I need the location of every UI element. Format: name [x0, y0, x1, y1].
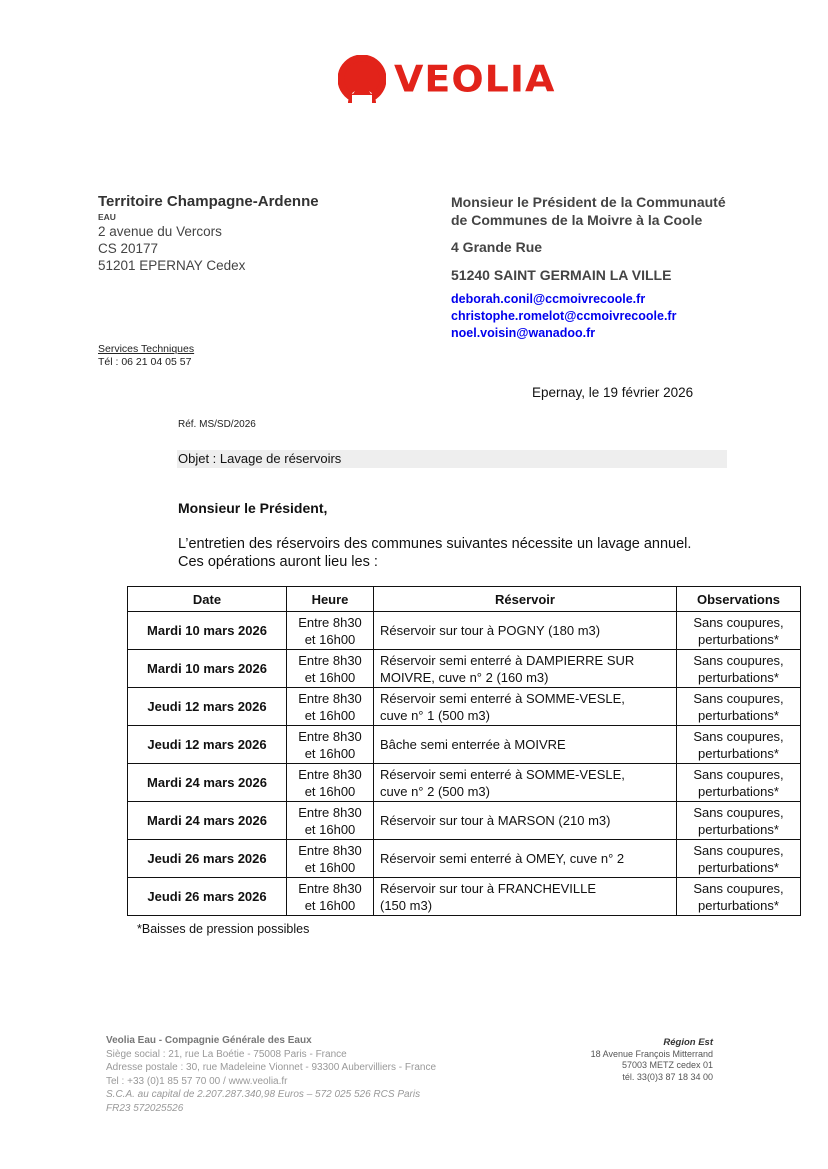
cell-observations: Sans coupures,perturbations* [677, 878, 801, 916]
table-row: Mardi 10 mars 2026Entre 8h30et 16h00Rése… [128, 612, 801, 650]
cell-date-line: Mardi 10 mars 2026 [134, 622, 280, 639]
cell-observations-line: Sans coupures, [683, 766, 794, 783]
table-row: Mardi 24 mars 2026Entre 8h30et 16h00Rése… [128, 802, 801, 840]
cell-observations-line: perturbations* [683, 745, 794, 762]
footer-postal-address: Adresse postale : 30, rue Madeleine Vion… [106, 1061, 471, 1075]
cell-time-line: Entre 8h30 [293, 842, 367, 859]
cell-reservoir-line: cuve n° 1 (500 m3) [380, 707, 670, 724]
cell-reservoir-line: Réservoir semi enterré à DAMPIERRE SUR [380, 652, 670, 669]
email-link[interactable]: christophe.romelot@ccmoivrecoole.fr [451, 308, 726, 325]
column-header-time: Heure [287, 587, 374, 612]
cell-date-line: Jeudi 12 mars 2026 [134, 698, 280, 715]
cell-observations: Sans coupures,perturbations* [677, 726, 801, 764]
cell-date-line: Jeudi 12 mars 2026 [134, 736, 280, 753]
cell-date: Jeudi 26 mars 2026 [128, 840, 287, 878]
cell-reservoir: Réservoir semi enterré à SOMME-VESLE,cuv… [374, 688, 677, 726]
table-row: Mardi 10 mars 2026Entre 8h30et 16h00Rése… [128, 650, 801, 688]
cell-time: Entre 8h30et 16h00 [287, 802, 374, 840]
cell-reservoir: Réservoir sur tour à FRANCHEVILLE(150 m3… [374, 878, 677, 916]
footer-region-street: 18 Avenue François Mitterrand [591, 1049, 713, 1061]
cell-date-line: Mardi 24 mars 2026 [134, 774, 280, 791]
table-header-row: Date Heure Réservoir Observations [128, 587, 801, 612]
cell-reservoir-line: Réservoir sur tour à POGNY (180 m3) [380, 622, 670, 639]
email-link[interactable]: deborah.conil@ccmoivrecoole.fr [451, 291, 726, 308]
body-line: L’entretien des réservoirs des communes … [178, 535, 691, 553]
sender-organization: Territoire Champagne-Ardenne [98, 193, 319, 211]
cell-time: Entre 8h30et 16h00 [287, 612, 374, 650]
footer-region-info: Région Est 18 Avenue François Mitterrand… [591, 1037, 713, 1083]
footer-company-info: Veolia Eau - Compagnie Générale des Eaux… [106, 1034, 471, 1115]
cell-observations: Sans coupures,perturbations* [677, 650, 801, 688]
cell-reservoir-line: Réservoir semi enterré à SOMME-VESLE, [380, 766, 670, 783]
sender-address-line: 51201 EPERNAY Cedex [98, 257, 319, 274]
cell-observations: Sans coupures,perturbations* [677, 612, 801, 650]
cell-time: Entre 8h30et 16h00 [287, 688, 374, 726]
cell-observations-line: Sans coupures, [683, 728, 794, 745]
services-block: Services Techniques Tél : 06 21 04 05 57 [98, 343, 194, 369]
cell-reservoir-line: cuve n° 2 (500 m3) [380, 783, 670, 800]
cell-date-line: Mardi 24 mars 2026 [134, 812, 280, 829]
column-header-date: Date [128, 587, 287, 612]
cell-date-line: Mardi 10 mars 2026 [134, 660, 280, 677]
cell-observations-line: perturbations* [683, 631, 794, 648]
email-link[interactable]: noel.voisin@wanadoo.fr [451, 325, 726, 342]
recipient-emails: deborah.conil@ccmoivrecoole.fr christoph… [451, 291, 726, 342]
recipient-block: Monsieur le Président de la Communauté d… [451, 193, 726, 342]
cell-observations: Sans coupures,perturbations* [677, 688, 801, 726]
cell-observations-line: Sans coupures, [683, 842, 794, 859]
recipient-name-line: de Communes de la Moivre à la Coole [451, 211, 726, 229]
cell-time-line: et 16h00 [293, 631, 367, 648]
subject-line: Objet : Lavage de réservoirs [177, 450, 727, 468]
footer-vat: FR23 572025526 [106, 1102, 471, 1116]
cell-observations: Sans coupures,perturbations* [677, 840, 801, 878]
cell-time-line: et 16h00 [293, 859, 367, 876]
table-row: Jeudi 26 mars 2026Entre 8h30et 16h00Rése… [128, 878, 801, 916]
cell-reservoir: Réservoir sur tour à MARSON (210 m3) [374, 802, 677, 840]
cell-reservoir: Bâche semi enterrée à MOIVRE [374, 726, 677, 764]
cell-reservoir: Réservoir semi enterré à SOMME-VESLE,cuv… [374, 764, 677, 802]
cell-reservoir-line: Réservoir sur tour à MARSON (210 m3) [380, 812, 670, 829]
cell-time-line: Entre 8h30 [293, 766, 367, 783]
cell-reservoir-line: Bâche semi enterrée à MOIVRE [380, 736, 670, 753]
cell-time: Entre 8h30et 16h00 [287, 878, 374, 916]
cell-time-line: Entre 8h30 [293, 804, 367, 821]
cell-date-line: Jeudi 26 mars 2026 [134, 850, 280, 867]
cell-date: Mardi 10 mars 2026 [128, 612, 287, 650]
table-row: Jeudi 12 mars 2026Entre 8h30et 16h00Rése… [128, 688, 801, 726]
schedule-table: Date Heure Réservoir Observations Mardi … [127, 586, 801, 916]
cell-observations-line: Sans coupures, [683, 880, 794, 897]
cell-observations-line: Sans coupures, [683, 652, 794, 669]
table-row: Jeudi 26 mars 2026Entre 8h30et 16h00Rése… [128, 840, 801, 878]
services-title: Services Techniques [98, 343, 194, 356]
cell-time-line: et 16h00 [293, 669, 367, 686]
body-line: Ces opérations auront lieu les : [178, 553, 691, 571]
cell-reservoir: Réservoir semi enterré à OMEY, cuve n° 2 [374, 840, 677, 878]
cell-observations-line: Sans coupures, [683, 804, 794, 821]
recipient-name-line: Monsieur le Président de la Communauté [451, 193, 726, 211]
cell-reservoir-line: Réservoir semi enterré à SOMME-VESLE, [380, 690, 670, 707]
cell-time: Entre 8h30et 16h00 [287, 726, 374, 764]
recipient-city: 51240 SAINT GERMAIN LA VILLE [451, 266, 726, 284]
sender-department: EAU [98, 211, 319, 223]
brand-name: VEOLIA [394, 56, 555, 102]
cell-reservoir-line: Réservoir sur tour à FRANCHEVILLE [380, 880, 670, 897]
cell-date: Mardi 24 mars 2026 [128, 764, 287, 802]
cell-reservoir-line: (150 m3) [380, 897, 670, 914]
veolia-logo: VEOLIA [338, 53, 555, 105]
cell-time-line: Entre 8h30 [293, 652, 367, 669]
sender-block: Territoire Champagne-Ardenne EAU 2 avenu… [98, 193, 319, 274]
sender-address-line: 2 avenue du Vercors [98, 223, 319, 240]
services-phone: Tél : 06 21 04 05 57 [98, 356, 194, 369]
cell-observations-line: Sans coupures, [683, 614, 794, 631]
footer-company: Veolia Eau - Compagnie Générale des Eaux [106, 1034, 471, 1048]
cell-time-line: et 16h00 [293, 821, 367, 838]
footer-head-office: Siège social : 21, rue La Boétie - 75008… [106, 1048, 471, 1062]
footer-region: Région Est [591, 1037, 713, 1049]
cell-time: Entre 8h30et 16h00 [287, 764, 374, 802]
footer-contact: Tel : +33 (0)1 85 57 70 00 / www.veolia.… [106, 1075, 471, 1089]
cell-time-line: et 16h00 [293, 745, 367, 762]
cell-time: Entre 8h30et 16h00 [287, 650, 374, 688]
cell-time-line: et 16h00 [293, 707, 367, 724]
cell-time-line: et 16h00 [293, 897, 367, 914]
column-header-observations: Observations [677, 587, 801, 612]
cell-date: Jeudi 12 mars 2026 [128, 688, 287, 726]
cell-date: Mardi 10 mars 2026 [128, 650, 287, 688]
cell-time-line: Entre 8h30 [293, 728, 367, 745]
column-header-reservoir: Réservoir [374, 587, 677, 612]
footer-region-phone: tél. 33(0)3 87 18 34 00 [591, 1072, 713, 1084]
place-date: Epernay, le 19 février 2026 [532, 385, 693, 400]
cell-date: Jeudi 12 mars 2026 [128, 726, 287, 764]
cell-time: Entre 8h30et 16h00 [287, 840, 374, 878]
cell-observations-line: perturbations* [683, 707, 794, 724]
body-text: L’entretien des réservoirs des communes … [178, 535, 691, 571]
cell-date-line: Jeudi 26 mars 2026 [134, 888, 280, 905]
cell-observations: Sans coupures,perturbations* [677, 764, 801, 802]
reference: Réf. MS/SD/2026 [178, 419, 256, 430]
cell-observations: Sans coupures,perturbations* [677, 802, 801, 840]
cell-time-line: Entre 8h30 [293, 614, 367, 631]
table-row: Jeudi 12 mars 2026Entre 8h30et 16h00Bâch… [128, 726, 801, 764]
cell-observations-line: perturbations* [683, 821, 794, 838]
cell-time-line: et 16h00 [293, 783, 367, 800]
cell-reservoir-line: MOIVRE, cuve n° 2 (160 m3) [380, 669, 670, 686]
cell-time-line: Entre 8h30 [293, 690, 367, 707]
sender-address-line: CS 20177 [98, 240, 319, 257]
footer-capital: S.C.A. au capital de 2.207.287.340,98 Eu… [106, 1088, 471, 1102]
cell-observations-line: perturbations* [683, 669, 794, 686]
cell-observations-line: perturbations* [683, 897, 794, 914]
salutation: Monsieur le Président, [178, 500, 327, 516]
footer-region-city: 57003 METZ cedex 01 [591, 1060, 713, 1072]
cell-reservoir: Réservoir semi enterré à DAMPIERRE SURMO… [374, 650, 677, 688]
footnote: *Baisses de pression possibles [137, 922, 309, 936]
schedule-table-body: Mardi 10 mars 2026Entre 8h30et 16h00Rése… [128, 612, 801, 916]
cell-observations-line: perturbations* [683, 859, 794, 876]
cell-time-line: Entre 8h30 [293, 880, 367, 897]
table-row: Mardi 24 mars 2026Entre 8h30et 16h00Rése… [128, 764, 801, 802]
cell-date: Jeudi 26 mars 2026 [128, 878, 287, 916]
cell-observations-line: Sans coupures, [683, 690, 794, 707]
cell-date: Mardi 24 mars 2026 [128, 802, 287, 840]
cell-reservoir: Réservoir sur tour à POGNY (180 m3) [374, 612, 677, 650]
veolia-drop-circle-icon [338, 55, 386, 103]
recipient-street: 4 Grande Rue [451, 238, 726, 256]
cell-reservoir-line: Réservoir semi enterré à OMEY, cuve n° 2 [380, 850, 670, 867]
cell-observations-line: perturbations* [683, 783, 794, 800]
